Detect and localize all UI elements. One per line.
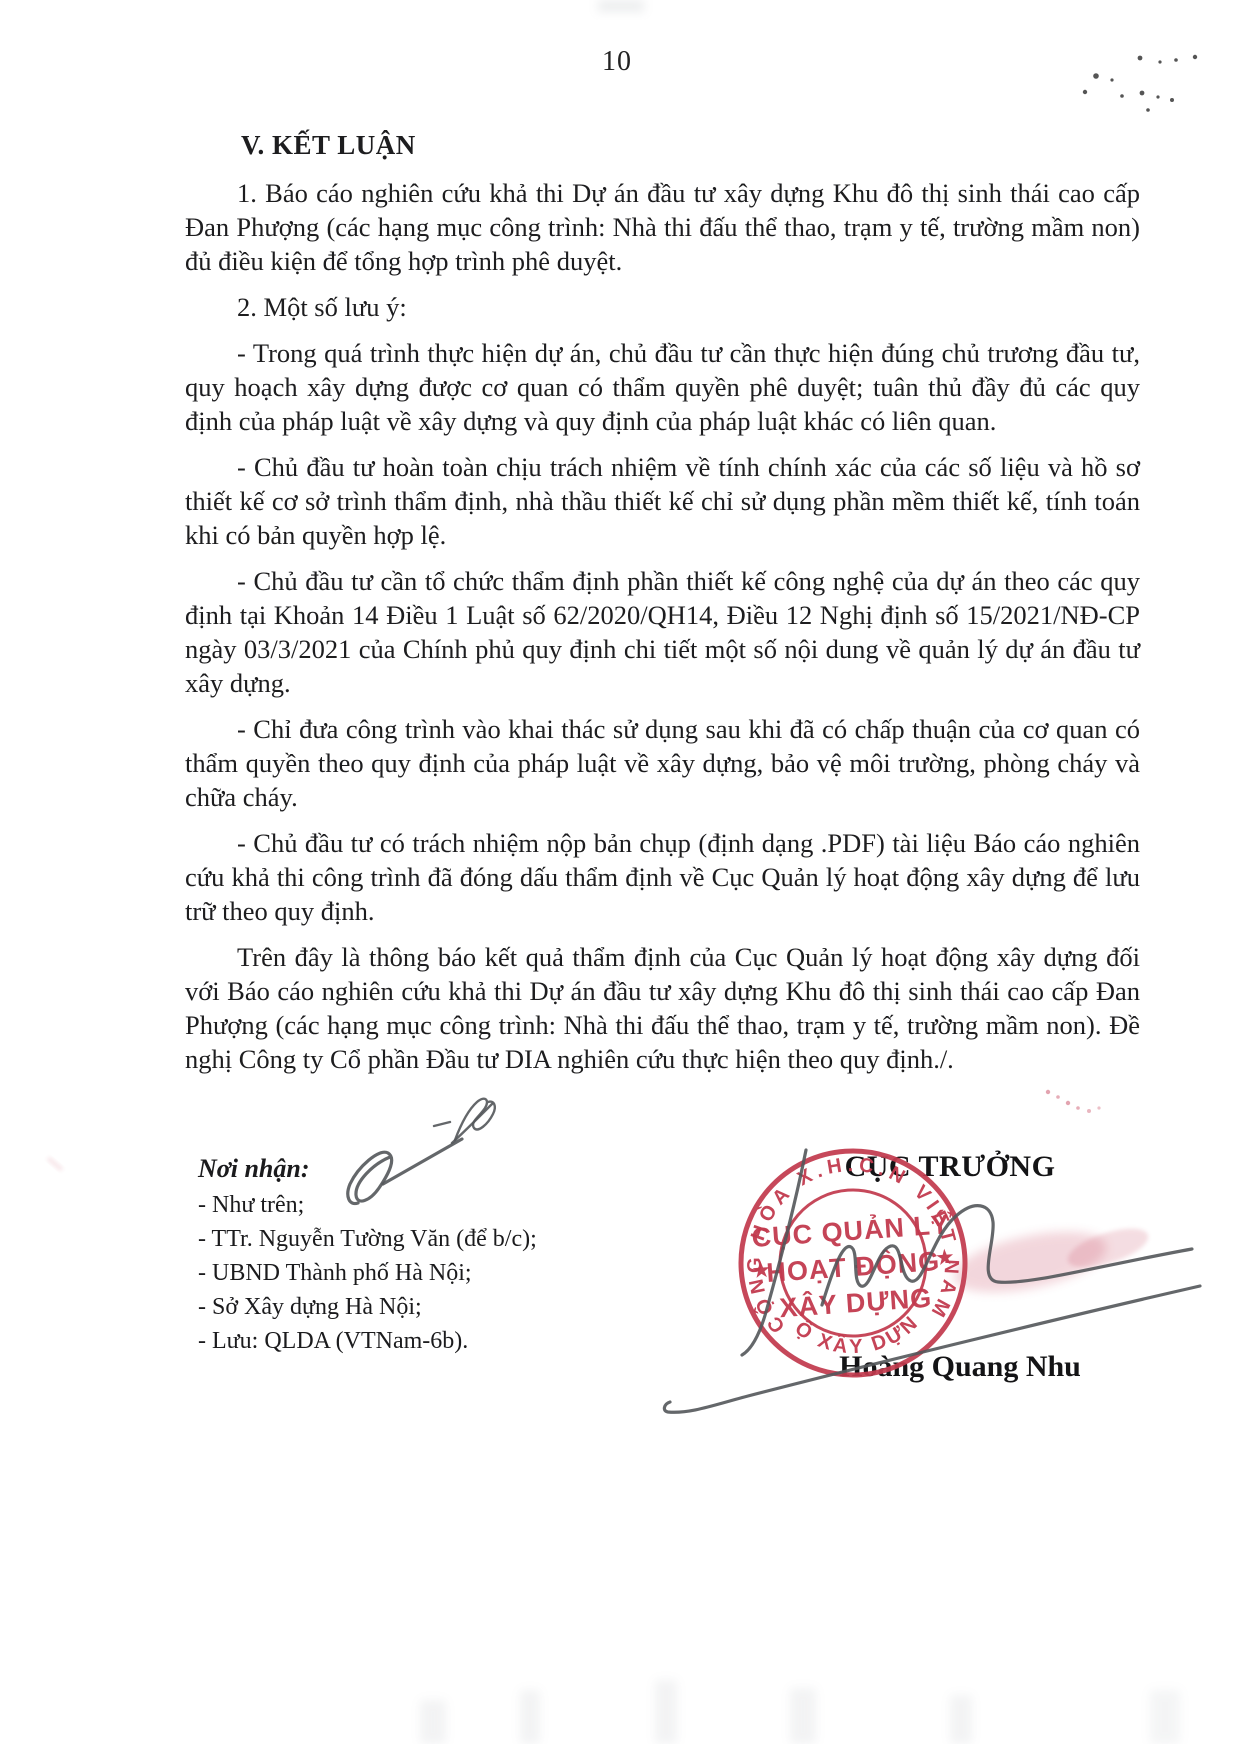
signature-stroke — [822, 1206, 1192, 1305]
recipient-item: - TTr. Nguyễn Tường Văn (để b/c); — [198, 1222, 618, 1256]
scanned-document-page: 10 V. KẾT LUẬN 1. Báo cáo nghiên cứu khả… — [0, 0, 1234, 1744]
paragraph-note-accuracy: - Chủ đầu tư hoàn toàn chịu trách nhiệm … — [185, 450, 1140, 552]
paragraph-note-compliance: - Trong quá trình thực hiện dự án, chủ đ… — [185, 336, 1140, 438]
bottom-scan-smudges — [420, 1680, 1180, 1744]
paragraph-note-technology-review: - Chủ đầu tư cần tổ chức thẩm định phần … — [185, 564, 1140, 700]
recipient-item: - UBND Thành phố Hà Nội; — [198, 1256, 618, 1290]
paragraph-conclusion-1: 1. Báo cáo nghiên cứu khả thi Dự án đầu … — [185, 176, 1140, 278]
paragraph-note-pdf-archive: - Chủ đầu tư có trách nhiệm nộp bản chụp… — [185, 826, 1140, 928]
paragraph-note-operation-approval: - Chỉ đưa công trình vào khai thác sử dụ… — [185, 712, 1140, 814]
recipients-block: Nơi nhận: - Như trên; - TTr. Nguyễn Tườn… — [198, 1152, 618, 1358]
recipients-title: Nơi nhận: — [198, 1152, 618, 1186]
stamp-center-line: CỤC QUẢN LÝ — [751, 1207, 951, 1253]
stamp-center-line: XÂY DỰNG — [778, 1282, 933, 1324]
stamp-center-line: HOẠT ĐỘNG — [765, 1245, 941, 1288]
pen-flourish — [455, 1099, 495, 1140]
section-heading: V. KẾT LUẬN — [241, 128, 1140, 162]
recipient-item: - Lưu: QLDA (VTNam-6b). — [198, 1324, 618, 1358]
stamp-star-right: ★ — [934, 1244, 955, 1270]
stamp-inner-ring — [775, 1185, 931, 1341]
document-body: V. KẾT LUẬN 1. Báo cáo nghiên cứu khả th… — [185, 128, 1140, 1088]
stamp-star-left: ★ — [751, 1257, 772, 1283]
signer-name: Hoàng Quang Nhu — [800, 1350, 1120, 1384]
paragraph-closing: Trên đây là thông báo kết quả thẩm định … — [185, 940, 1140, 1076]
paragraph-notes-intro: 2. Một số lưu ý: — [185, 290, 1140, 324]
pen-flourish — [434, 1122, 450, 1126]
page-number: 10 — [0, 46, 1234, 78]
recipient-item: - Sở Xây dựng Hà Nội; — [198, 1290, 618, 1324]
pen-flourish — [452, 1104, 492, 1143]
signer-title: CỤC TRƯỞNG — [795, 1150, 1105, 1184]
recipient-item: - Như trên; — [198, 1188, 618, 1222]
